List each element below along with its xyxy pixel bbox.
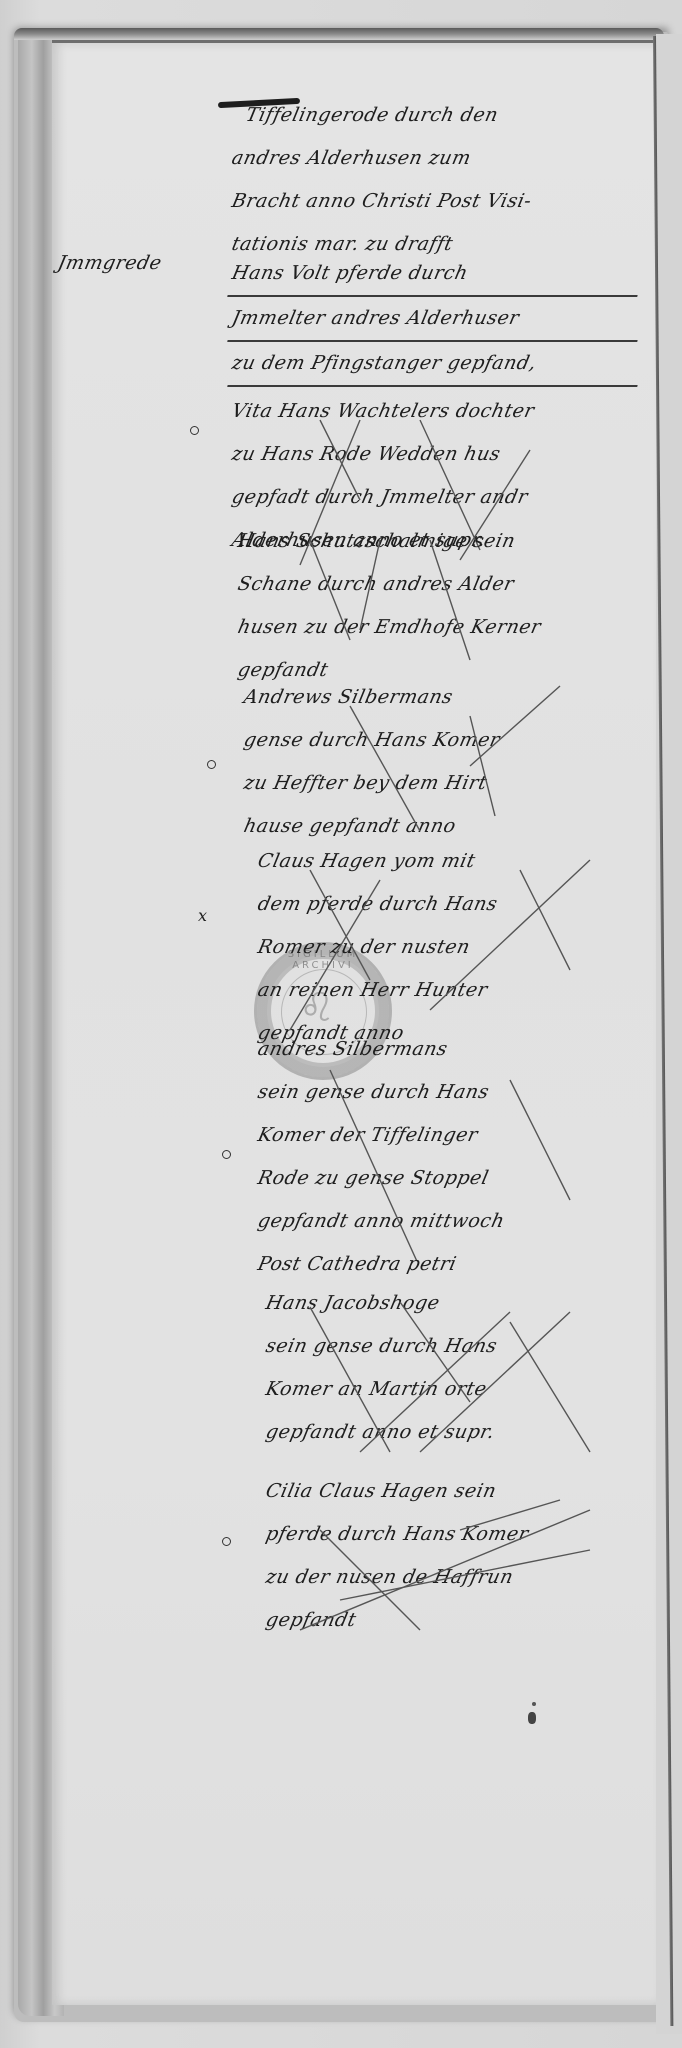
entry-4: Hans Schutzschalmige sein Schane durch a…	[238, 520, 648, 692]
entry-line: andres Alderhusen zum	[227, 137, 660, 180]
entry-line: Hans Schutzschalmige sein	[233, 520, 652, 563]
entry-line: gepfadt durch Jmmelter andr	[227, 476, 646, 519]
entry-line: zu Heffter bey dem Hirt	[239, 762, 658, 805]
margin-mark-circle	[207, 760, 216, 769]
entry-line: dem pferde durch Hans	[253, 883, 672, 926]
entry-line: Claus Hagen yom mit	[253, 840, 672, 883]
entry-6: Claus Hagen yom mit dem pferde durch Han…	[258, 840, 668, 1055]
entry-line: gepfandt anno et supr.	[261, 1411, 680, 1454]
entry-line: Hans Jacobshoge	[261, 1282, 680, 1325]
entry-line: Vita Hans Wachtelers dochter	[227, 390, 646, 433]
entry-line: zu der nusen de Haffrun	[261, 1556, 680, 1599]
entry-line: Schane durch andres Alder	[233, 563, 652, 606]
entry-line: Romer zu der nusten	[253, 926, 672, 969]
entry-line: zu Hans Rode Wedden hus	[227, 433, 646, 476]
entry-line: Tiffelingerode durch den	[241, 94, 660, 137]
entry-7: andres Silbermans sein gense durch Hans …	[258, 1028, 668, 1286]
entry-line: pferde durch Hans Komer	[261, 1513, 680, 1556]
entry-1: Tiffelingerode durch den andres Alderhus…	[246, 94, 656, 266]
ink-speck	[532, 1702, 536, 1706]
book-top-edge	[14, 28, 664, 40]
entry-line: sein gense durch Hans	[253, 1071, 672, 1114]
entry-line: Andrews Silbermans	[239, 676, 658, 719]
entry-line: Hans Volt pferde durch	[227, 252, 647, 297]
margin-note-jmmgrede: Jmmgrede	[56, 252, 164, 274]
entry-line: gepfandt anno mittwoch	[253, 1200, 672, 1243]
ink-blot	[528, 1712, 536, 1724]
margin-mark-circle	[190, 426, 199, 435]
margin-mark-circle	[222, 1150, 231, 1159]
margin-mark-circle	[222, 1537, 231, 1546]
entry-line: Rode zu gense Stoppel	[253, 1157, 672, 1200]
entry-line: zu dem Pfingstanger gepfand,	[227, 342, 647, 387]
entry-line: Post Cathedra petri	[253, 1243, 672, 1286]
entry-line: Cilia Claus Hagen sein	[261, 1470, 680, 1513]
entry-9: Cilia Claus Hagen sein pferde durch Hans…	[266, 1470, 676, 1642]
entry-line: an reinen Herr Hunter	[253, 969, 672, 1012]
entry-line: sein gense durch Hans	[261, 1325, 680, 1368]
entry-line: gense durch Hans Komer	[239, 719, 658, 762]
entry-line: Komer der Tiffelinger	[253, 1114, 672, 1157]
entry-5: Andrews Silbermans gense durch Hans Kome…	[244, 676, 654, 848]
entry-8: Hans Jacobshoge sein gense durch Hans Ko…	[266, 1282, 676, 1454]
entry-line: Komer an Martin orte	[261, 1368, 680, 1411]
entry-line: husen zu der Emdhofe Kerner	[233, 606, 652, 649]
margin-mark-x: x	[198, 906, 208, 925]
entry-line: Jmmelter andres Alderhuser	[227, 297, 647, 342]
entry-line: Bracht anno Christi Post Visi-	[227, 180, 660, 223]
entry-2: Hans Volt pferde durch Jmmelter andres A…	[232, 252, 642, 387]
entry-line: gepfandt	[261, 1599, 680, 1642]
entry-line: andres Silbermans	[253, 1028, 672, 1071]
